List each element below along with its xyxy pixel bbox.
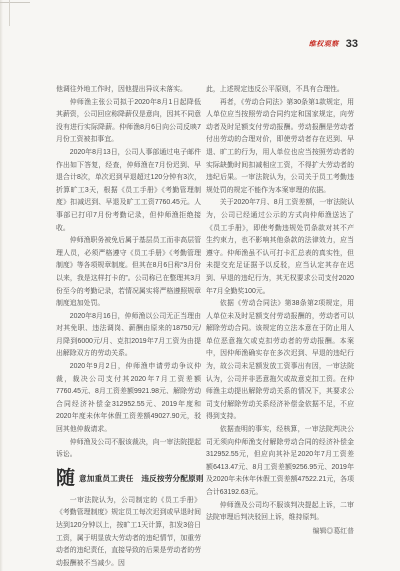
section-heading: 随 意加重员工责任 违反按劳分配原则 [56, 467, 201, 491]
page-edge-shadow [0, 0, 3, 571]
body-paragraph: 2020年8月16日，仲师渔以公司无正当理由对其免职、违法调岗、薪酬由原来的18… [56, 311, 201, 361]
page-header: 维权观察 33 [309, 38, 358, 50]
page-corner-mark-vertical [9, 0, 10, 26]
body-paragraph: 依据查明的事实，经核算，一审法院判决公司无须向仲师渔支付解除劳动合同的经济补偿金… [206, 424, 354, 500]
body-paragraph: 仲师渔及公司不服该裁决，向一审法院提起诉讼。 [56, 437, 201, 462]
column-name-label: 维权观察 [309, 39, 339, 49]
right-text-column: 此，上述规定违反公平原则，不具有合理性。 再者，《劳动合同法》第30条第1款规定… [206, 84, 354, 538]
left-text-column: 他调往外地工作时，因他提出异议未落实。 仲师渔主张公司拟于2020年8月1日起降… [56, 84, 201, 570]
editor-credit: 编辑◎葛红普 [206, 526, 354, 539]
page-corner-mark-horizontal [0, 2, 30, 3]
magazine-page: 维权观察 33 他调往外地工作时，因他提出异议未落实。 仲师渔主张公司拟于202… [0, 0, 400, 571]
section-dropcap: 随 [56, 468, 75, 490]
body-paragraph: 2020年8月13日，公司人事部通过电子邮件作出如下答复，经查，仲师渔在7月份迟… [56, 147, 201, 235]
body-paragraph: 一审法院认为，公司制定的《员工手册》《考勤管理制度》规定员工每次迟到或早退时间达… [56, 495, 201, 571]
page-number: 33 [346, 38, 358, 50]
body-paragraph: 关于2020年7月、8月工资差额，一审法院认为，公司已经通过公示的方式向仲师渔送… [206, 197, 354, 298]
body-paragraph: 依据《劳动合同法》第38条第2项规定，用人单位未及时足额支付劳动报酬的，劳动者可… [206, 298, 354, 424]
body-paragraph: 他调往外地工作时，因他提出异议未落实。 [56, 84, 201, 97]
body-paragraph: 再者，《劳动合同法》第30条第1款规定，用人单位应当按照劳动合同约定和国家规定，… [206, 97, 354, 198]
body-paragraph: 仲师渔主张公司拟于2020年8月1日起降低其薪资，公司回应称降薪仅是意向，因其不… [56, 97, 201, 147]
body-paragraph: 仲师渔及公司均不服该判决提起上诉，二审法院审理后判决驳回上诉，维持原判。 [206, 500, 354, 525]
section-title: 意加重员工责任 违反按劳分配原则 [79, 473, 204, 486]
body-paragraph: 此，上述规定违反公平原则，不具有合理性。 [206, 84, 354, 97]
body-paragraph: 2020年9月2日，仲师渔申请劳动争议仲裁，裁决公司支付其2020年7月工资差额… [56, 361, 201, 437]
body-paragraph: 仲师渔职务被免后属于基层员工而非高层管理人员，必须严格遵守《员工手册》《考勤管理… [56, 235, 201, 311]
